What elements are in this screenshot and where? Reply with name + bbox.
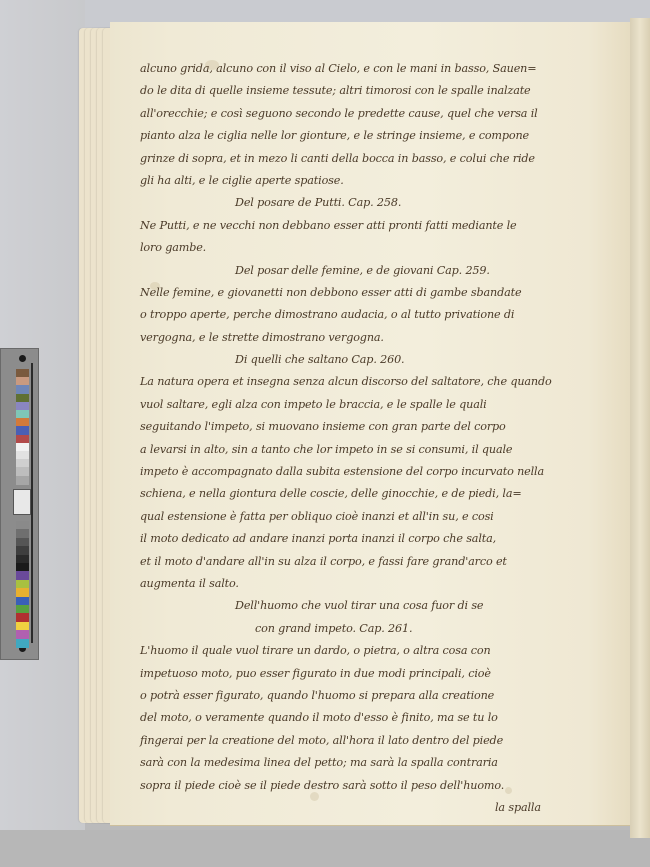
chapter-heading: Del posar delle femine, e de giovani Cap… [140,260,580,282]
chapter-heading: Di quelli che saltano Cap. 260. [140,349,580,371]
text-line: sarà con la medesima linea del petto; ma… [140,752,580,774]
text-line: L'huomo il quale vuol tirare un dardo, o… [140,640,580,662]
text-line: loro gambe. [140,237,580,259]
scan-background-bottom [0,830,650,867]
text-line: do le dita di quelle insieme tessute; al… [140,80,580,102]
text-line: a levarsi in alto, sin a tanto che lor i… [140,439,580,461]
text-line: impeto è accompagnato dalla subita esten… [140,461,580,483]
text-line: gli ha alti, e le ciglie aperte spatiose… [140,170,580,192]
text-line: il moto dedicato ad andare inanzi porta … [140,528,580,550]
book-gutter [630,18,650,838]
chapter-heading: Del posare de Putti. Cap. 258. [140,192,580,214]
text-line: vuol saltare, egli alza con impeto le br… [140,394,580,416]
registration-dot [19,355,26,362]
text-line: sopra il piede cioè se il piede destro s… [140,775,580,797]
text-line: Nelle femine, e giovanetti non debbono e… [140,282,580,304]
text-line: schiena, e nella giontura delle coscie, … [140,483,580,505]
text-line: La natura opera et insegna senza alcun d… [140,371,580,393]
text-line: pianto alza le ciglia nelle lor gionture… [140,125,580,147]
chapter-heading: con grand impeto. Cap. 261. [140,618,580,640]
text-line: fingerai per la creatione del moto, all'… [140,730,580,752]
chapter-heading: Dell'huomo che vuol tirar una cosa fuor … [140,595,580,617]
checker-rail [31,363,33,643]
color-swatch [16,476,29,486]
text-line: augmenta il salto. [140,573,580,595]
text-line: o troppo aperte, perche dimostrano audac… [140,304,580,326]
checker-label [13,489,31,515]
catchword: la spalla [140,797,580,819]
color-swatch [16,639,29,649]
manuscript-text: alcuno grida, alcuno con il viso al Ciel… [140,58,580,819]
text-line: qual estensione è fatta per obliquo cioè… [140,506,580,528]
text-line: all'orecchie; e così seguono secondo le … [140,103,580,125]
text-line: seguitando l'impeto, si muovano insieme … [140,416,580,438]
text-line: et il moto d'andare all'in su alza il co… [140,551,580,573]
text-line: o potrà esser figurato, quando l'huomo s… [140,685,580,707]
text-line: grinze di sopra, et in mezo li canti del… [140,148,580,170]
text-line: vergogna, e le strette dimostrano vergog… [140,327,580,349]
text-line: alcuno grida, alcuno con il viso al Ciel… [140,58,580,80]
color-calibration-target [0,348,39,660]
text-line: del moto, o veramente quando il moto d'e… [140,707,580,729]
text-line: Ne Putti, e ne vecchi non debbano esser … [140,215,580,237]
text-line: impetuoso moto, puo esser figurato in du… [140,663,580,685]
